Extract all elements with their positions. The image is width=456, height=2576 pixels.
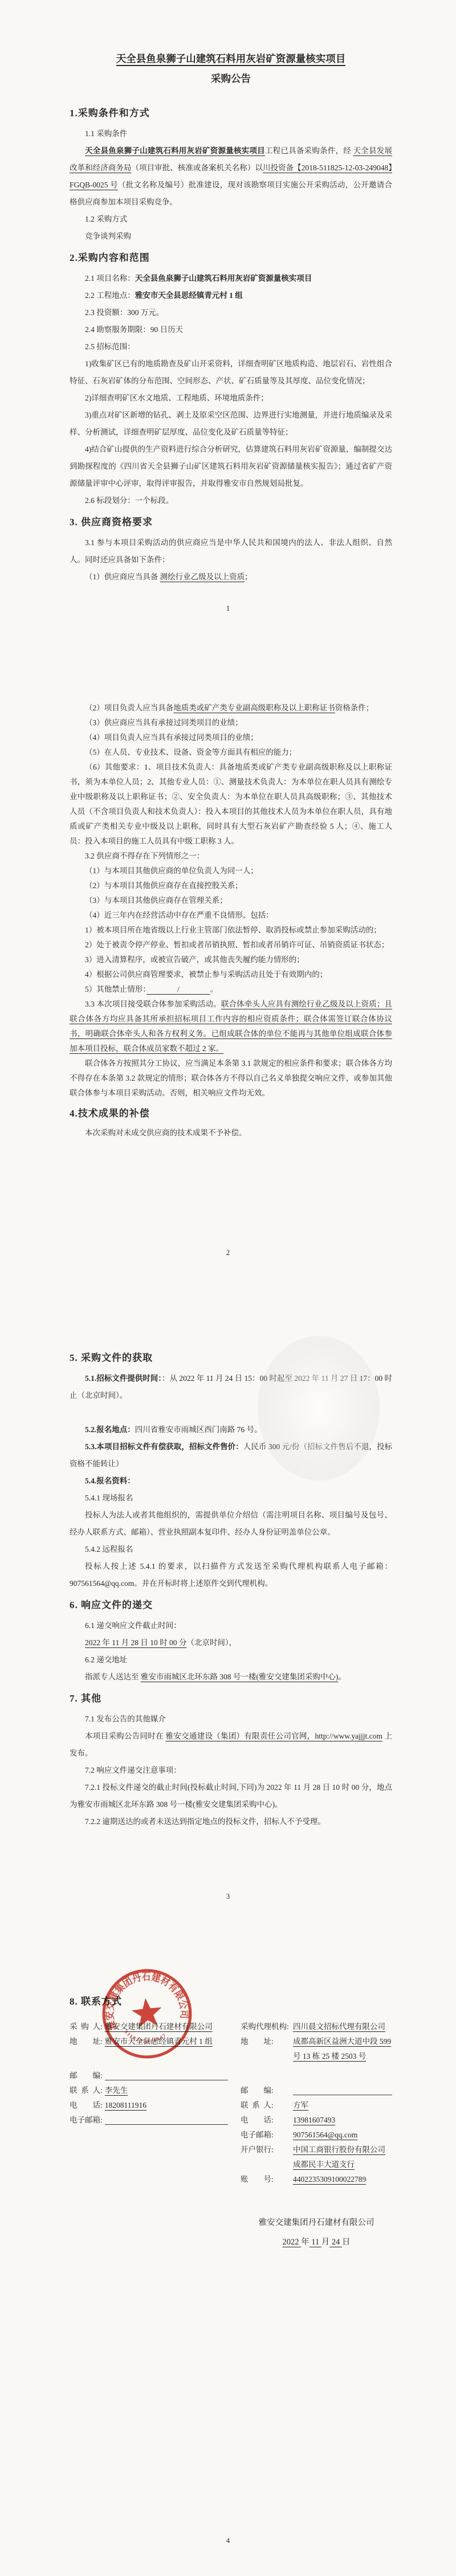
- title-line-2: 采购公告: [70, 69, 392, 89]
- label-segment: 5.1.招标文件提供时间：: [85, 1374, 162, 1383]
- text-segment: 。: [338, 1673, 346, 1681]
- page-4: 8. 联系方式 采 购 人:雅安交建集团丹石建材有限公司 地 址:雅安市天全县思…: [0, 1932, 456, 2576]
- label-segment: 5.2.报名地点：: [85, 1425, 135, 1434]
- clause-7-1-label: 7.1 发布公告的其他媒介: [70, 1711, 392, 1728]
- clause-1-1-paragraph: 天全县鱼泉狮子山建筑石料用灰岩矿资源量核实项目工程已具备采购条件，经 天全县发展…: [70, 142, 392, 211]
- clause-7-2-1-text: 7.2.1 投标文件递交的截止时间(投标截止时间,下同)为 2022 年 11 …: [70, 1779, 392, 1813]
- page-number: 2: [0, 1248, 456, 1257]
- contact-row-agency: 采购代理机构:四川晨文招标代理有限公司: [241, 2019, 392, 2034]
- text-segment: 本项目采购公告同时在: [85, 1732, 166, 1740]
- agency-postcode-blank: [293, 2083, 392, 2095]
- agency-contact-person: 方军: [293, 2098, 392, 2113]
- clause-2-5-scope-label: 2.5 招标范围：: [70, 338, 392, 355]
- field-label: 电 话:: [241, 2113, 291, 2128]
- text-segment: 指派专人送达至: [85, 1673, 141, 1681]
- title-requirement: 地质类或矿产类专业副高级职称及以上职称证书: [173, 704, 335, 712]
- clause-2-3-investment: 2.3 投资额：300 万元。: [70, 304, 392, 321]
- date-day: 24: [329, 2238, 342, 2247]
- forbidden-sub-1: 1）被本项目所在地省级以上行业主管部门依法暂停、取消投标或禁止参加采购活动的；: [70, 923, 392, 938]
- publish-media-line: 本项目采购公告同时在 雅安交通建设（集团）有限责任公司官网，http://www…: [70, 1728, 392, 1762]
- text-segment: （1）供应商应当具备: [85, 573, 160, 581]
- clause-2-1: 2.1 项目名称：天全县鱼泉狮子山建筑石料用灰岩矿资源量核实项目: [70, 270, 392, 287]
- page-3: 5. 采购文件的获取 5.1.招标文件提供时间：：从 2022 年 11 月 2…: [0, 1288, 456, 1932]
- text-segment: 3.3 本次项目接受联合体参加采购活动。: [85, 1000, 221, 1008]
- contact-row-postcode: 邮 编:: [70, 2068, 228, 2083]
- contact-row-agency-phone: 电 话:13981607493: [241, 2113, 392, 2128]
- title-line-1: 天全县鱼泉狮子山建筑石料用灰岩矿资源量核实项目: [70, 49, 392, 69]
- purchaser-phone: 18208111916: [105, 2098, 228, 2113]
- contact-row-agency-email: 电子邮箱:907561564@qq.com: [241, 2128, 392, 2142]
- text-segment: （2）项目负责人应当具备: [85, 704, 173, 712]
- clause-5-2-place: 5.2.报名地点：四川省雅安市雨城区西门南路 76 号。: [70, 1421, 392, 1438]
- contact-row-account: 账 号:4402235309100022789: [241, 2172, 392, 2187]
- qualification-requirement: 测绘行业乙级及以上资质: [160, 573, 245, 581]
- text-segment: （项目审批、核准或备案机关名称）以: [131, 163, 262, 172]
- field-label: 电子邮箱:: [70, 2113, 103, 2128]
- forbidden-sub-5: 5）其他禁止情形： / 。: [70, 982, 392, 997]
- field-label: 采 购 人:: [70, 2019, 103, 2034]
- agency-account-number: 4402235309100022789: [293, 2172, 392, 2187]
- deadline-line: 2022 年 11 月 28 日 10 时 00 分（北京时间），: [70, 1634, 392, 1651]
- document-title: 天全县鱼泉狮子山建筑石料用灰岩矿资源量核实项目 采购公告: [70, 49, 392, 89]
- contact-row-person: 联 系 人:李先生: [70, 2083, 228, 2098]
- clause-5-4-2-text: 投标人按上述 5.4.1 的要求，以扫描件方式发送至采购代理机构联系人电子邮箱：…: [70, 1558, 392, 1592]
- text-segment: 资格条件；: [335, 704, 374, 712]
- field-label: 开户银行:: [241, 2142, 291, 2172]
- clause-2-4-duration: 2.4 勘察服务期限：90 日历天: [70, 321, 392, 338]
- agency-email: 907561564@qq.com: [293, 2128, 392, 2142]
- contact-row-agency-address: 地 址:成都高新区益洲大道中段 599 号 13 栋 25 楼 2503 号: [241, 2034, 392, 2064]
- project-name-segment: 天全县鱼泉狮子山建筑石料用灰岩矿资源量核实项目: [85, 146, 265, 155]
- scope-item-1: 1)收集矿区已有的地质勘查及矿山开采资料，详细查明矿区地质构造、地层岩石、岩性组…: [70, 355, 392, 390]
- clause-5-4-label: 5.4.报名资料：: [70, 1473, 392, 1490]
- signature-company: 雅安交建集团丹石建材有限公司: [241, 2213, 392, 2232]
- project-name-value: 天全县鱼泉狮子山建筑石料用灰岩矿资源量核实项目: [135, 274, 312, 283]
- section-6-heading: 6. 响应文件的递交: [70, 1596, 392, 1615]
- agency-name: 四川晨文招标代理有限公司: [293, 2019, 392, 2034]
- delivery-address: 雅安市雨城区北环东路 308 号一楼(雅安交建集团采购中心): [141, 1673, 339, 1681]
- agency-phone: 13981607493: [293, 2113, 392, 2128]
- official-website: 雅安交通建设（集团）有限责任公司官网，http://www.yajjjt.com: [166, 1732, 382, 1740]
- field-label: 邮 编:: [70, 2068, 103, 2083]
- field-label: 联 系 人:: [241, 2098, 291, 2113]
- label-segment: 2.2 工程地点：: [85, 291, 135, 300]
- page-number: 1: [0, 604, 456, 613]
- seal-star-icon: [131, 1997, 164, 2028]
- clause-3-2-label: 3.2 供应商不得存在下列情形之一：: [70, 849, 392, 864]
- forbidden-item-3: （3）与本项目其他供应商存在管理关系；: [70, 893, 392, 908]
- qualification-item-1: （1）供应商应当具备 测绘行业乙级及以上资质；: [70, 569, 392, 586]
- clause-1-1-label: 1.1 采购条件: [70, 125, 392, 142]
- contact-row-email: 电子邮箱:: [70, 2113, 228, 2128]
- blank-slash-field: /: [146, 985, 210, 993]
- qualification-item-6: （6）其他要求：1、项目技术负责人：具备地质类或矿产类专业副高级职称及以上职称证…: [70, 760, 392, 849]
- contact-row-agency-person: 联 系 人:方军: [241, 2098, 392, 2113]
- field-label: 地 址:: [241, 2034, 291, 2064]
- clause-2-2: 2.2 工程地点：雅安市天全县思经镇青元村 1 组: [70, 287, 392, 304]
- date-month: 11: [310, 2238, 321, 2247]
- qualification-item-5: （5）在人员、专业技术、设备、资金等方面具有相应的能力；: [70, 745, 392, 760]
- field-label: 邮 编:: [241, 2083, 291, 2098]
- scope-item-3: 3)重点对矿区新增的钻孔、剥土及原采空区范围、边界进行实地测量，并进行地质编录及…: [70, 407, 392, 441]
- clause-6-2-label: 6.2 递交地址: [70, 1651, 392, 1669]
- label-segment: 5.3.本项目招标文件有偿获取，招标文件售价：: [85, 1442, 243, 1451]
- clause-1-2-label: 1.2 采购方式: [70, 211, 392, 228]
- signature-date: 2022 年 11 月 24 日: [241, 2232, 392, 2252]
- section-3-heading: 3. 供应商资格要求: [70, 513, 392, 532]
- qualification-item-3: （3）供应商应当具有承接过同类项目的业绩；: [70, 715, 392, 730]
- contact-row-agency-postcode: 邮 编:: [241, 2083, 392, 2098]
- forbidden-sub-3: 3）进入清算程序，或被宣告破产，或其他丧失履约能力情形的；: [70, 952, 392, 967]
- title-text: 天全县鱼泉狮子山建筑石料用灰岩矿资源量核实项目: [116, 53, 346, 66]
- clause-7-2-2-text: 7.2.2 逾期送达的或者未送达到指定地点的投标文件，招标人不予受理。: [70, 1813, 392, 1830]
- section-4-heading: 4.技术成果的补偿: [70, 1104, 392, 1123]
- field-label: 账 号:: [241, 2172, 291, 2187]
- purchaser-contact-person: 李先生: [105, 2083, 228, 2098]
- forbidden-item-1: （1）与本项目其他供应商的单位负责人为同一人；: [70, 864, 392, 878]
- clause-7-2-label: 7.2 响应文件递交注意事项：: [70, 1762, 392, 1779]
- qualification-item-2: （2）项目负责人应当具备地质类或矿产类专业副高级职称及以上职称证书资格条件；: [70, 701, 392, 715]
- purchaser-email-blank: [105, 2113, 228, 2125]
- project-location-value: 雅安市天全县思经镇青元村 1 组: [135, 291, 243, 300]
- forbidden-sub-4: 4）根据公司供应商管理要求，被禁止参与采购活动且处于有效期内的；: [70, 967, 392, 982]
- contact-row-bank: 开户银行:中国工商银行股份有限公司成都民丰大道支行: [241, 2142, 392, 2172]
- field-label: 电子邮箱:: [241, 2128, 291, 2142]
- section-1-heading: 1.采购条件和方式: [70, 104, 392, 123]
- field-label: 联 系 人:: [70, 2083, 103, 2098]
- clause-5-4-2-label: 5.4.2 远程报名: [70, 1541, 392, 1558]
- section-5-heading: 5. 采购文件的获取: [70, 1348, 392, 1368]
- scope-item-2: 2)详细查明矿区水文地质、工程地质、环境地质条件；: [70, 390, 392, 407]
- procurement-announcement-scan: 天全县鱼泉狮子山建筑石料用灰岩矿资源量核实项目 采购公告 1.采购条件和方式 1…: [0, 0, 456, 2576]
- text-segment: 。: [210, 985, 218, 993]
- consortium-paragraph-2: 联合体各方按照其分工协议，应当满足本条第 3.1 款规定的相应条件和要求；联合体…: [70, 1056, 392, 1101]
- deadline-datetime: 2022 年 11 月 28 日 10 时 00 分: [85, 1638, 186, 1647]
- text-segment: ；: [245, 573, 253, 581]
- clause-5-3-price: 5.3.本项目招标文件有偿获取，招标文件售价：人民币 300 元/份（招标文件售…: [70, 1438, 392, 1473]
- section-2-heading: 2.采购内容和范围: [70, 248, 392, 268]
- field-label: 采购代理机构:: [241, 2019, 291, 2034]
- contact-row-phone: 电 话:18208111916: [70, 2098, 228, 2113]
- signature-block: 雅安交建集团丹石建材有限公司 2022 年 11 月 24 日: [241, 2213, 392, 2252]
- agency-address: 成都高新区益洲大道中段 599 号 13 栋 25 楼 2503 号: [293, 2034, 392, 2064]
- field-label: 电 话:: [70, 2098, 103, 2113]
- text-segment: （北京时间），: [186, 1638, 237, 1647]
- clause-5-1-time: 5.1.招标文件提供时间：：从 2022 年 11 月 24 日 15：00 时…: [70, 1370, 392, 1404]
- clause-2-6-sections: 2.6 标段划分：一个标段。: [70, 492, 392, 509]
- page-2: （2）项目负责人应当具备地质类或矿产类专业副高级职称及以上职称证书资格条件； （…: [0, 644, 456, 1288]
- clause-4-compensation: 本次采购对未成交供应商的技术成果不予补偿。: [70, 1126, 392, 1140]
- agency-bank: 中国工商银行股份有限公司成都民丰大道支行: [293, 2142, 392, 2172]
- text-segment: （批文名称及编号）批准建设，现对该勘察项目实施公开采购活动，公开邀请合格供应商参…: [70, 181, 392, 206]
- date-day-label: 日: [342, 2238, 351, 2247]
- section-7-heading: 7. 其他: [70, 1689, 392, 1708]
- delivery-address-line: 指派专人送达至 雅安市雨城区北环东路 308 号一楼(雅安交建集团采购中心)。: [70, 1669, 392, 1686]
- forbidden-sub-2: 2）处于被责令停产停业、暂扣或者吊销执照、暂扣或者吊销许可证、吊销资质证书状态；: [70, 938, 392, 952]
- field-label: 地 址:: [70, 2034, 103, 2049]
- scope-item-4: 4)结合矿山提供的生产资料进行综合分析研究，估算建筑石料用灰岩矿资源量，编制提交…: [70, 441, 392, 492]
- clause-3-1: 3.1 参与本项目采购活动的供应商应当是中华人民共和国境内的法人、非法人组织、自…: [70, 534, 392, 569]
- text-segment: 工程已具备采购条件，经: [265, 146, 353, 155]
- page-number: 4: [0, 2536, 456, 2545]
- seal-code-text: 5118255014947: [123, 2025, 168, 2047]
- text-segment: 5）其他禁止情形：: [85, 985, 146, 993]
- forbidden-item-4: （4）近三年内在经营活动中存在严重不良情形。包括：: [70, 908, 392, 923]
- clause-6-1-label: 6.1 递交响应文件截止时间：: [70, 1617, 392, 1634]
- qualification-item-4: （4）项目负责人应当具有承接过同类项目的业绩；: [70, 730, 392, 745]
- agency-column: 采购代理机构:四川晨文招标代理有限公司 地 址:成都高新区益洲大道中段 599 …: [241, 2019, 392, 2187]
- date-month-label: 月: [321, 2238, 330, 2247]
- page-1: 天全县鱼泉狮子山建筑石料用灰岩矿资源量核实项目 采购公告 1.采购条件和方式 1…: [0, 0, 456, 644]
- forbidden-item-2: （2）与本项目其他供应商存在直接控股关系；: [70, 878, 392, 893]
- date-year-label: 年: [301, 2238, 310, 2247]
- clause-5-4-1-label: 5.4.1 现场报名: [70, 1490, 392, 1507]
- clause-5-4-1-text: 投标人为法人或者其他组织的，需提供单位介绍信（需注明项目名称、项目编号及包号、经…: [70, 1507, 392, 1541]
- date-year: 2022: [282, 2238, 301, 2247]
- page-number: 3: [0, 1892, 456, 1901]
- procurement-method: 竞争谈判采购: [70, 228, 392, 245]
- company-seal-stamp: 雅安交建集团丹石建材有限公司 5118255014947: [96, 1962, 198, 2065]
- address-segment: 四川省雅安市雨城区西门南路 76 号。: [135, 1425, 262, 1434]
- clause-3-3-consortium: 3.3 本次项目接受联合体参加采购活动。联合体牵头人应具有测绘行业乙级及以上资质…: [70, 997, 392, 1056]
- purchaser-postcode-blank: [105, 2068, 228, 2080]
- label-segment: 2.1 项目名称：: [85, 274, 135, 283]
